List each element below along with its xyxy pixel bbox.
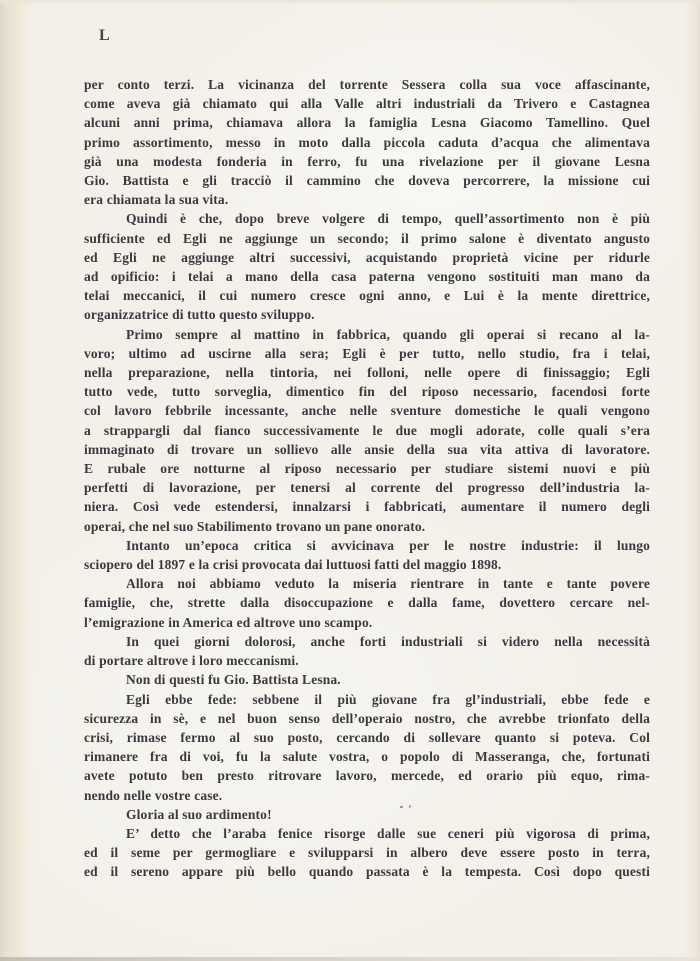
text-line: avete potuto ben presto ritrovare lavoro… bbox=[84, 766, 650, 785]
text-line: Allora noi abbiamo veduto la miseria rie… bbox=[84, 574, 650, 593]
text-line: organizzatrice di tutto questo sviluppo. bbox=[84, 305, 650, 324]
text-line: Egli ebbe fede: sebbene il più giovane f… bbox=[84, 690, 650, 709]
text-line: E’ detto che l’araba fenice risorge dall… bbox=[84, 824, 650, 843]
scan-bottom-edge bbox=[0, 957, 700, 961]
text-line: In quei giorni dolorosi, anche forti ind… bbox=[84, 632, 650, 651]
text-line: rimanere fra di voi, fu la salute vostra… bbox=[84, 747, 650, 766]
text-line: famiglie, che, strette dalla disoccupazi… bbox=[84, 593, 650, 612]
text-line: Gloria al suo ardimento! bbox=[84, 805, 650, 824]
text-line: come aveva già chiamato qui alla Valle a… bbox=[84, 94, 650, 113]
signature-mark: L bbox=[99, 27, 110, 45]
page-gutter-shadow bbox=[0, 0, 34, 961]
text-line: niera. Così vede estendersi, innalzarsi … bbox=[84, 497, 650, 516]
text-line: immaginato di trovare un sollievo alle a… bbox=[84, 440, 650, 459]
text-line: voro; ultimo ad uscirne alla sera; Egli … bbox=[84, 344, 650, 363]
text-line: Non di questi fu Gio. Battista Lesna. bbox=[84, 670, 650, 689]
text-line: sicurezza in sè, e nel buon senso dell’o… bbox=[84, 709, 650, 728]
text-line: Primo sempre al mattino in fabbrica, qua… bbox=[84, 325, 650, 344]
text-line: a strappargli dal fianco successivamente… bbox=[84, 421, 650, 440]
text-line: era chiamata la sua vita. bbox=[84, 190, 650, 209]
book-page: L per conto terzi. La vicinanza del torr… bbox=[0, 0, 700, 961]
text-line: sciopero del 1897 e la crisi provocata d… bbox=[84, 555, 650, 574]
text-line: alcuni anni prima, chiamava allora la fa… bbox=[84, 113, 650, 132]
text-line: sufficiente ed Egli ne aggiunge un secon… bbox=[84, 229, 650, 248]
text-line: ed il seme per germogliare e svilupparsi… bbox=[84, 843, 650, 862]
text-line: operai, che nel suo Stabilimento trovano… bbox=[84, 517, 650, 536]
text-line: ad opificio: i telai a mano della casa p… bbox=[84, 267, 650, 286]
page-edge-shadow bbox=[684, 0, 700, 961]
text-line: Quindi è che, dopo breve volgere di temp… bbox=[84, 209, 650, 228]
text-line: ed il sereno appare più bello quando pas… bbox=[84, 862, 650, 881]
text-line: Intanto un’epoca critica si avvicinava p… bbox=[84, 536, 650, 555]
scan-speck bbox=[398, 803, 414, 811]
text-line: l’emigrazione in America ed altrove uno … bbox=[84, 613, 650, 632]
text-line: tutto vede, tutto sorveglia, dimentico f… bbox=[84, 382, 650, 401]
text-line: perfetti di lavorazione, per tenersi al … bbox=[84, 478, 650, 497]
text-line: E rubale ore notturne al riposo necessar… bbox=[84, 459, 650, 478]
text-line: nella preparazione, nella tintoria, nei … bbox=[84, 363, 650, 382]
text-line: primo assortimento, messo in moto dalla … bbox=[84, 133, 650, 152]
text-line: nendo nelle vostre case. bbox=[84, 786, 650, 805]
text-line: per conto terzi. La vicinanza del torren… bbox=[84, 75, 650, 94]
text-line: Gio. Battista e gli tracciò il cammino c… bbox=[84, 171, 650, 190]
text-line: di portare altrove i loro meccanismi. bbox=[84, 651, 650, 670]
text-line: ed Egli ne aggiunge altri successivi, ac… bbox=[84, 248, 650, 267]
text-line: crisi, rimase fermo al suo posto, cercan… bbox=[84, 728, 650, 747]
text-block: per conto terzi. La vicinanza del torren… bbox=[84, 75, 650, 882]
text-line: telai meccanici, il cui numero cresce og… bbox=[84, 286, 650, 305]
text-line: già una modesta fonderia in ferro, fu un… bbox=[84, 152, 650, 171]
text-line: col lavoro febbrile incessante, anche ne… bbox=[84, 401, 650, 420]
page-top-edge bbox=[0, 0, 700, 5]
